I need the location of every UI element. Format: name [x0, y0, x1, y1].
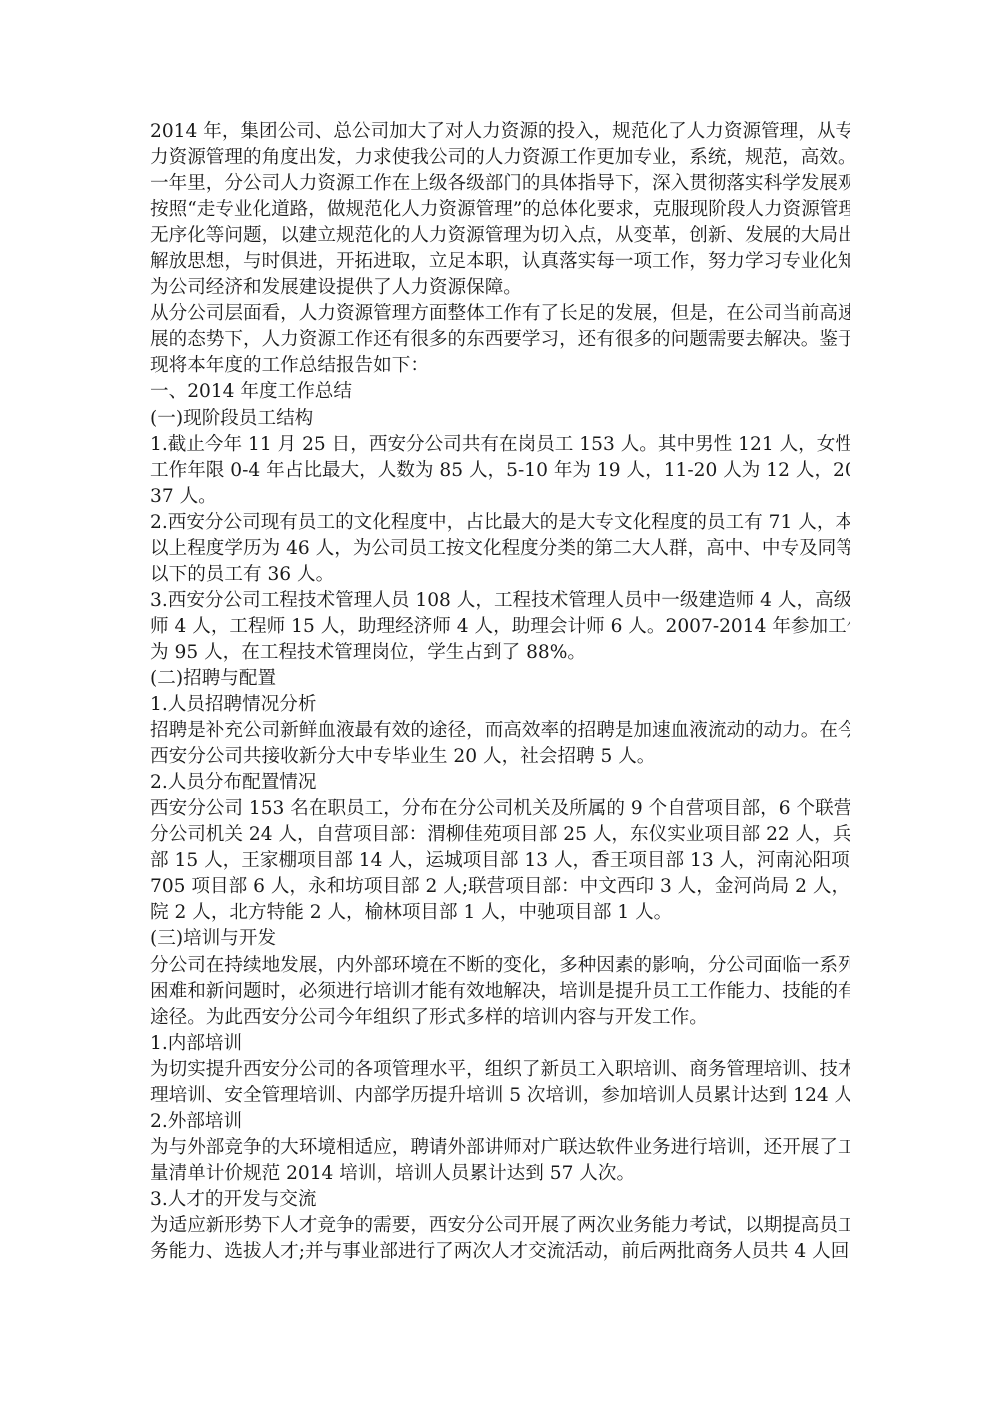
text-line: 无序化等问题，以建立规范化的人力资源管理为切入点，从变革，创新、发展的大局出发	[150, 223, 850, 249]
text-line: 2.外部培训	[150, 1109, 850, 1135]
text-line: 为与外部竞争的大环境相适应，聘请外部讲师对广联达软件业务进行培训，还开展了工程	[150, 1135, 850, 1161]
text-line: 一年里，分公司人力资源工作在上级各级部门的具体指导下，深入贯彻落实科学发展观，	[150, 171, 850, 197]
text-line: 困难和新问题时，必须进行培训才能有效地解决，培训是提升员工工作能力、技能的有效	[150, 979, 850, 1005]
text-line: 为公司经济和发展建设提供了人力资源保障。	[150, 275, 850, 301]
text-line: 3.西安分公司工程技术管理人员 108 人，工程技术管理人员中一级建造师 4 人…	[150, 588, 850, 614]
text-line: (三)培训与开发	[150, 926, 850, 952]
text-line: 师 4 人，工程师 15 人，助理经济师 4 人，助理会计师 6 人。2007-…	[150, 614, 850, 640]
document-page: 2014 年，集团公司、总公司加大了对人力资源的投入，规范化了人力资源管理，从专…	[150, 119, 850, 1265]
text-line: 部 15 人，王家棚项目部 14 人，运城项目部 13 人，香王项目部 13 人…	[150, 848, 850, 874]
text-line: 为切实提升西安分公司的各项管理水平，组织了新员工入职培训、商务管理培训、技术管	[150, 1057, 850, 1083]
text-line: 院 2 人，北方特能 2 人，榆林项目部 1 人，中驰项目部 1 人。	[150, 900, 850, 926]
text-line: 展的态势下，人力资源工作还有很多的东西要学习，还有很多的问题需要去解决。鉴于此	[150, 327, 850, 353]
text-line: 分公司机关 24 人，自营项目部：渭柳佳苑项目部 25 人，东仪实业项目部 22…	[150, 822, 850, 848]
text-line: 705 项目部 6 人，永和坊项目部 2 人;联营项目部：中文西印 3 人，金河…	[150, 874, 850, 900]
text-line: 3.人才的开发与交流	[150, 1187, 850, 1213]
text-line: 现将本年度的工作总结报告如下：	[150, 353, 850, 379]
text-line: 力资源管理的角度出发，力求使我公司的人力资源工作更加专业，系统，规范，高效。这	[150, 145, 850, 171]
text-line: 招聘是补充公司新鲜血液最有效的途径，而高效率的招聘是加速血液流动的动力。在今年	[150, 718, 850, 744]
text-line: 从分公司层面看，人力资源管理方面整体工作有了长足的发展，但是，在公司当前高速发	[150, 301, 850, 327]
text-line: 以下的员工有 36 人。	[150, 562, 850, 588]
text-line: 1.截止今年 11 月 25 日，西安分公司共有在岗员工 153 人。其中男性 …	[150, 432, 850, 458]
text-line: 工作年限 0-4 年占比最大，人数为 85 人，5-10 年为 19 人，11-…	[150, 458, 850, 484]
text-line: 按照“走专业化道路，做规范化人力资源管理”的总体化要求，克服现阶段人力资源管理	[150, 197, 850, 223]
text-line: 2014 年，集团公司、总公司加大了对人力资源的投入，规范化了人力资源管理，从专…	[150, 119, 850, 145]
text-line: (二)招聘与配置	[150, 666, 850, 692]
text-line: 以上程度学历为 46 人，为公司员工按文化程度分类的第二大人群，高中、中专及同等…	[150, 536, 850, 562]
text-line: 一、2014 年度工作总结	[150, 379, 850, 405]
text-line: 2.西安分公司现有员工的文化程度中，占比最大的是大专文化程度的员工有 71 人，…	[150, 510, 850, 536]
text-line: (一)现阶段员工结构	[150, 406, 850, 432]
text-line: 解放思想，与时俱进，开拓进取，立足本职，认真落实每一项工作，努力学习专业化知识	[150, 249, 850, 275]
text-line: 理培训、安全管理培训、内部学历提升培训 5 次培训，参加培训人员累计达到 124…	[150, 1083, 850, 1109]
text-line: 2.人员分布配置情况	[150, 770, 850, 796]
text-line: 途径。为此西安分公司今年组织了形式多样的培训内容与开发工作。	[150, 1005, 850, 1031]
text-line: 分公司在持续地发展，内外部环境在不断的变化，多种因素的影响，分公司面临一系列新	[150, 953, 850, 979]
text-line: 西安分公司共接收新分大中专毕业生 20 人，社会招聘 5 人。	[150, 744, 850, 770]
text-line: 1.内部培训	[150, 1031, 850, 1057]
text-line: 量清单计价规范 2014 培训，培训人员累计达到 57 人次。	[150, 1161, 850, 1187]
text-line: 37 人。	[150, 484, 850, 510]
text-line: 为 95 人，在工程技术管理岗位，学生占到了 88%。	[150, 640, 850, 666]
text-line: 西安分公司 153 名在职员工，分布在分公司机关及所属的 9 个自营项目部，6 …	[150, 796, 850, 822]
text-line: 务能力、选拔人才;并与事业部进行了两次人才交流活动，前后两批商务人员共 4 人回…	[150, 1239, 850, 1265]
text-line: 为适应新形势下人才竞争的需要，西安分公司开展了两次业务能力考试，以期提高员工业	[150, 1213, 850, 1239]
text-line: 1.人员招聘情况分析	[150, 692, 850, 718]
